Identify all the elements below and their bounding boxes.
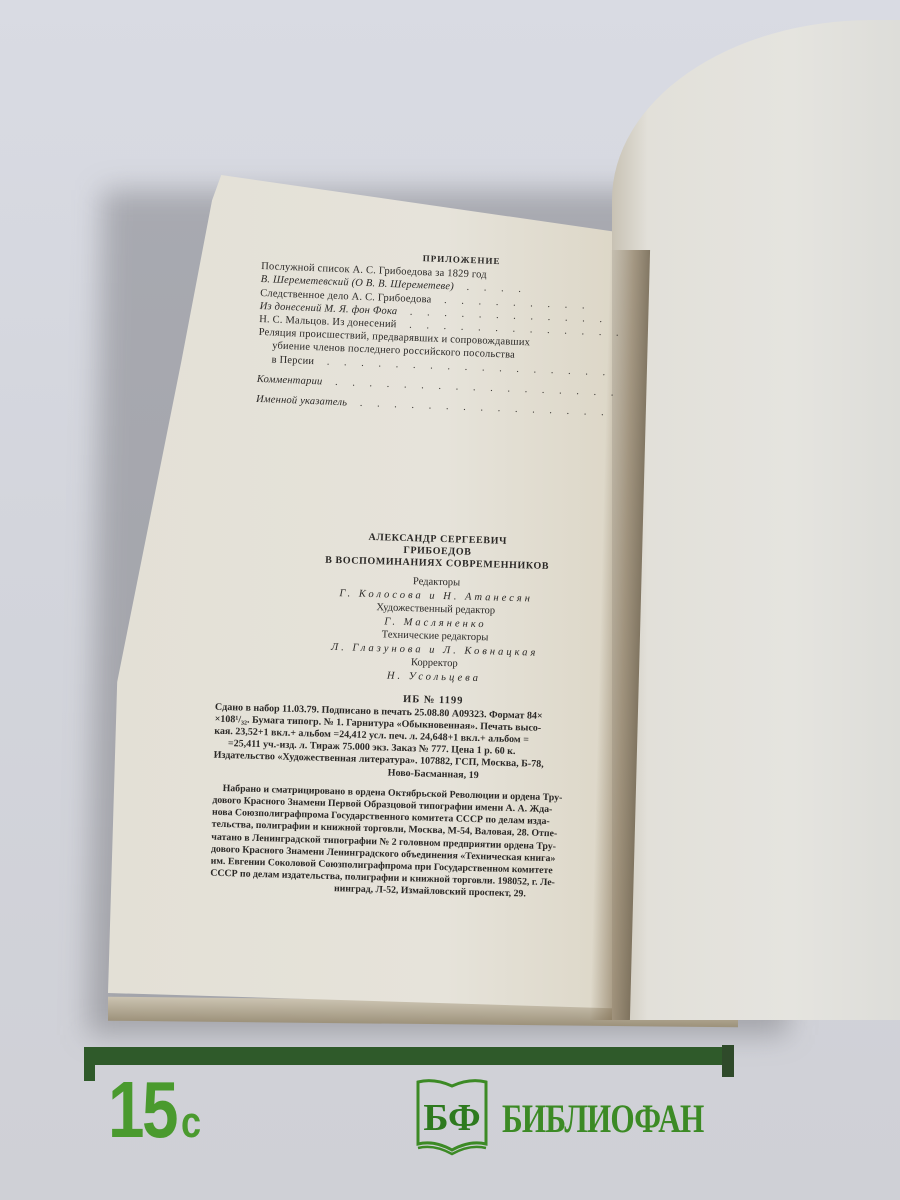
price-number: 15 <box>108 1065 176 1154</box>
printing-house: Набрано и сматрицировано в ордена Октябр… <box>210 782 653 904</box>
brand-mark: БФ <box>423 1097 480 1139</box>
open-book-icon: БФ <box>414 1078 490 1158</box>
table-of-contents: ПРИЛОЖЕНИЕ Послужной список А. С. Грибое… <box>256 246 622 420</box>
price-unit: с <box>181 1098 201 1147</box>
page-text: ПРИЛОЖЕНИЕ Послужной список А. С. Грибое… <box>0 0 900 1200</box>
brand-logo: БФ БИБЛИОФАН <box>414 1078 760 1158</box>
colophon: АЛЕКСАНДР СЕРГЕЕВИЧ ГРИБОЕДОВ В ВОСПОМИН… <box>218 528 648 904</box>
watermark-bar-right-tick <box>722 1045 734 1077</box>
brand-name: БИБЛИОФАН <box>502 1095 704 1142</box>
leader-dots: . . . . <box>458 282 527 296</box>
print-specs: Сдано в набор 11.03.79. Подписано в печа… <box>213 701 655 786</box>
watermark-bar <box>84 1047 734 1065</box>
watermark-bar-left-tick <box>84 1047 95 1081</box>
price-label: 15с <box>108 1070 201 1163</box>
